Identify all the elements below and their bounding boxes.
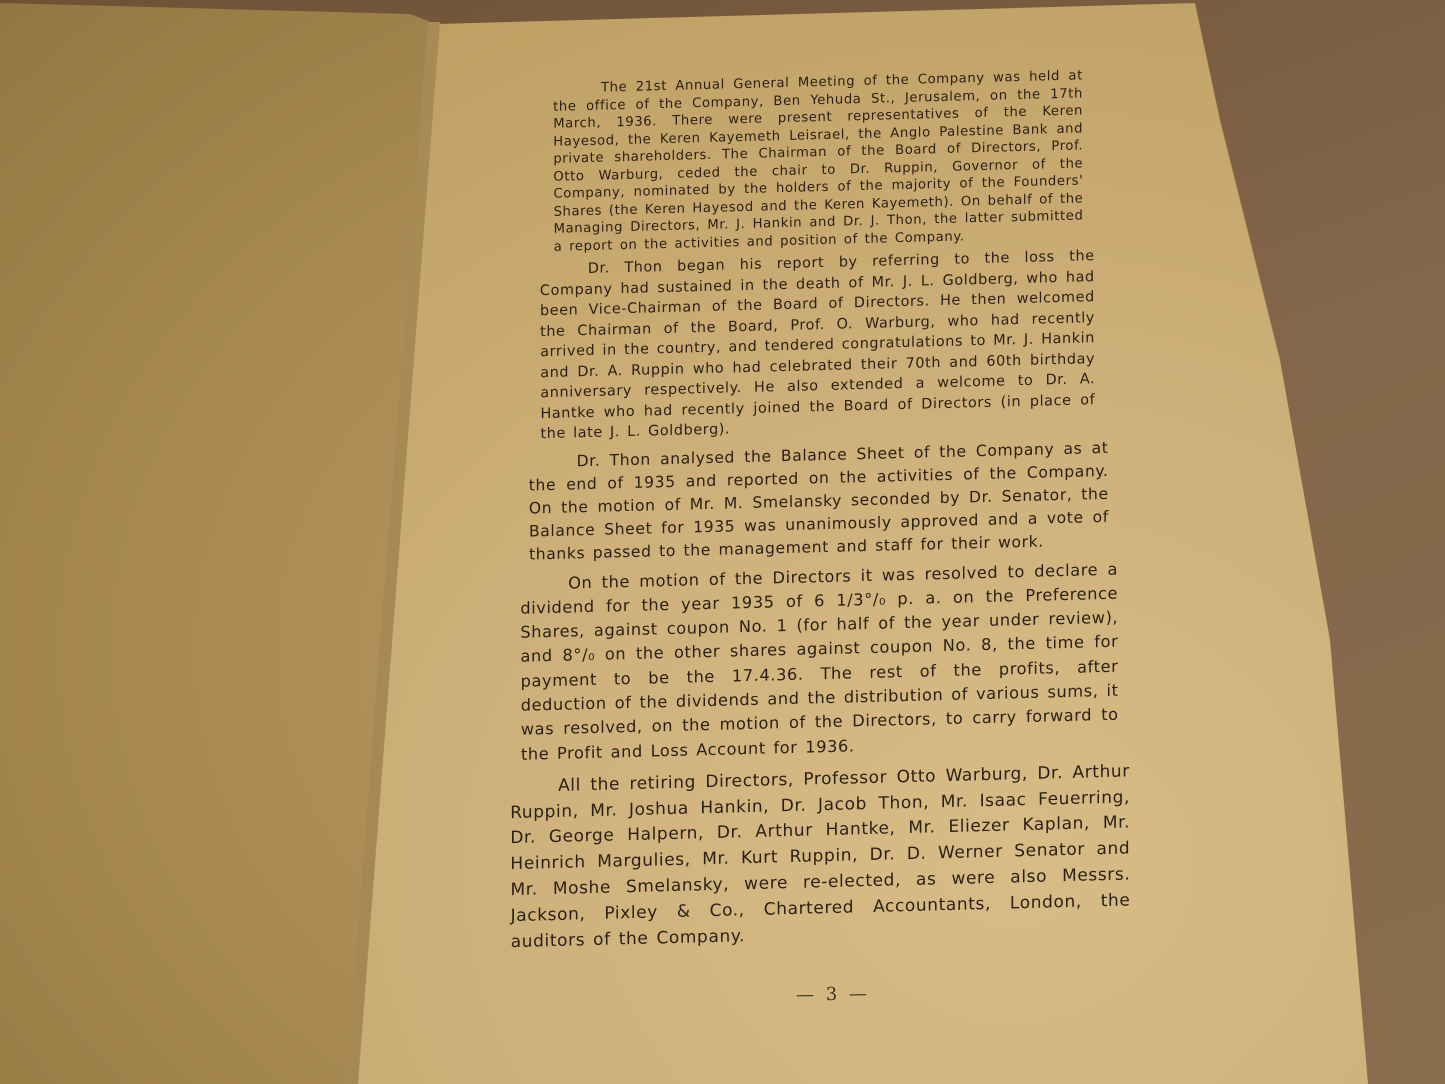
paragraph-report-opening: Dr. Thon began his report by referring t… <box>540 246 1096 445</box>
page-number: — 3 — <box>796 983 870 1005</box>
paragraph-balance-sheet: Dr. Thon analysed the Balance Sheet of t… <box>529 436 1109 566</box>
paragraph-dividend: On the motion of the Directors it was re… <box>520 557 1119 767</box>
paragraph-meeting-intro: The 21st Annual General Meeting of the C… <box>553 67 1084 255</box>
book-photo: The 21st Annual General Meeting of the C… <box>0 0 1445 1084</box>
document-body: The 21st Annual General Meeting of the C… <box>505 66 1149 956</box>
paragraph-re-election: All the retiring Directors, Professor Ot… <box>510 759 1131 955</box>
